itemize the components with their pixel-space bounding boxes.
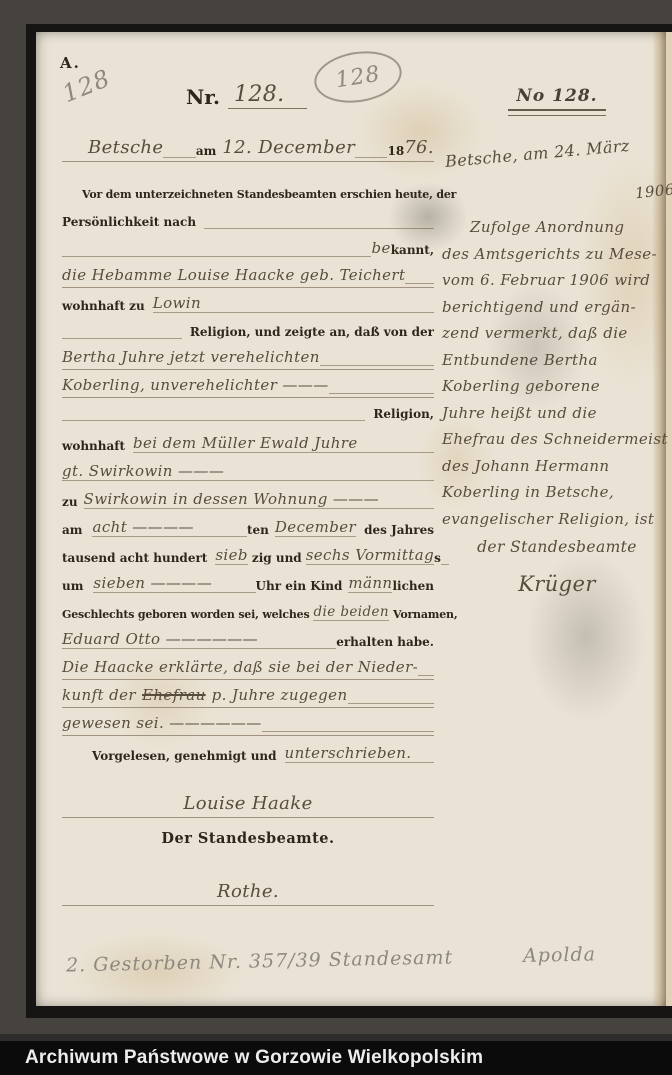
archive-name: Archiwum Państwowe w Gorzowie Wielkopols… <box>0 1047 483 1069</box>
ruled-blank <box>418 675 434 676</box>
form-line: Persönlichkeit nach <box>62 204 434 232</box>
printed-label: wohnhaft <box>62 439 125 453</box>
side-note-line: evangelischer Religion, ist <box>442 506 672 533</box>
register-page: A. 128 Nr. 128. 128 Betscheam12. Decembe… <box>36 32 672 1006</box>
ruled-blank <box>212 592 255 593</box>
entry-mother: Bertha Juhre jetzt verehelichten <box>62 348 320 366</box>
form-line: tausend acht hundertsiebzig undsechs Vor… <box>62 540 434 568</box>
pencil-death-reference: 2. Gestorben Nr. 357/39 Standesamt <box>66 946 454 976</box>
side-note-line: Juhre heißt und die <box>442 400 672 427</box>
form-line: Die Haacke erklärte, daß sie bei der Nie… <box>62 652 434 680</box>
form-line: Betscheam12. December1876. <box>62 128 434 162</box>
side-note-line: vom 6. Februar 1906 wird <box>442 267 672 294</box>
printed-label: Religion, und zeigte an, daß von der <box>190 325 434 339</box>
ruled-blank <box>224 480 434 481</box>
printed-label: Der Standesbeamte. <box>161 830 334 847</box>
side-note-line: berichtigend und ergän- <box>442 294 672 321</box>
viewer-strip <box>0 1034 672 1041</box>
handwritten-entry: gt. Swirkowin ——— <box>62 462 224 481</box>
side-note-place-date: Betsche, am 24. März <box>444 132 672 171</box>
ruled-blank <box>201 312 434 313</box>
side-note-line: des Amtsgerichts zu Mese- <box>442 241 672 268</box>
record-number-label: Nr. <box>186 85 220 109</box>
side-note-line: des Johann Hermann <box>442 453 672 480</box>
ruled-blank <box>62 420 365 421</box>
archive-scan-viewer: A. 128 Nr. 128. 128 Betscheam12. Decembe… <box>0 0 672 1075</box>
printed-label: Geschlechts geboren worden sei, welches <box>62 608 309 621</box>
side-note-number-text: No 128. <box>516 86 597 106</box>
printed-label: am <box>196 144 216 158</box>
printed-label: tausend acht hundert <box>62 551 207 565</box>
side-note-line: zend vermerkt, daß die <box>442 320 672 347</box>
record-number-value: 128. <box>228 82 307 109</box>
form-line: gt. Swirkowin ——— <box>62 456 434 484</box>
form-lines: Betscheam12. December1876.Vor dem unterz… <box>62 128 434 906</box>
printed-label: kannt, <box>391 243 434 257</box>
pencil-oval-number: 128 <box>311 45 406 108</box>
form-line: Rothe. <box>62 870 434 906</box>
ruled-blank <box>320 365 434 366</box>
entry-birth-hour: sieben ———— <box>93 574 212 593</box>
handwritten-entry: gewesen sei. —————— <box>62 714 262 732</box>
printed-label: s <box>434 551 441 565</box>
form-line: Koberling, unverehelichter ——— <box>62 370 434 398</box>
handwritten-entry: kunft der <box>62 686 136 704</box>
entry-bekannt: be <box>371 239 390 257</box>
printed-label: zig und <box>252 551 302 565</box>
form-line: wohnhaftbei dem Müller Ewald Juhre <box>62 428 434 456</box>
side-note-line: Entbundene Bertha <box>442 347 672 374</box>
entry-birth-day: acht ———— <box>92 518 193 537</box>
side-note-line: Zufolge Anordnung <box>442 214 672 241</box>
handwritten-entry: Die Haacke erklärte, daß sie bei der Nie… <box>62 658 418 676</box>
ruled-blank <box>411 762 434 763</box>
side-note-underline <box>508 109 606 116</box>
printed-label: zu <box>62 495 78 509</box>
side-note-lines: Zufolge Anordnungdes Amtsgerichts zu Mes… <box>442 214 672 532</box>
side-note-line: Koberling in Betsche, <box>442 479 672 506</box>
printed-label: um <box>62 579 83 593</box>
form-line: bekannt, <box>62 232 434 260</box>
entry-year: 76. <box>404 137 434 158</box>
printed-label: ten <box>247 523 269 537</box>
entry-day-month: 12. December <box>222 137 355 158</box>
side-note-year: 1906. <box>634 180 672 203</box>
handwritten-entry: unterschrieben. <box>285 744 412 763</box>
ruled-blank <box>358 452 434 453</box>
form-line: kunft derEhefraup. Juhre zugegen <box>62 680 434 708</box>
printed-label: Vornamen, <box>393 608 457 621</box>
archive-bar: Archiwum Państwowe w Gorzowie Wielkopols… <box>0 1041 672 1075</box>
handwritten-entry: männ <box>348 574 392 593</box>
handwritten-entry: die beiden <box>313 604 389 621</box>
record-number: Nr. 128. <box>186 82 307 109</box>
form-line: Religion, <box>62 398 434 424</box>
printed-label: am <box>62 523 82 537</box>
form-line: Bertha Juhre jetzt verehelichten <box>62 342 434 370</box>
signature-declarant: Louise Haake <box>183 793 312 814</box>
side-note-closing: der Standesbeamte <box>442 538 672 556</box>
ruled-blank <box>329 393 434 394</box>
form-line: Der Standesbeamte. <box>62 824 434 850</box>
entry-residence: Lowin <box>153 294 201 313</box>
printed-label: des Jahres <box>364 523 434 537</box>
handwritten-entry: p. Juhre zugegen <box>212 686 348 704</box>
form-line: Eduard Otto ——————erhalten habe. <box>62 624 434 652</box>
printed-label: wohnhaft zu <box>62 299 145 313</box>
form-line: Geschlechts geboren worden sei, welchesd… <box>62 596 434 624</box>
printed-label: Vor dem unterzeichneten Standesbeamten e… <box>82 188 456 201</box>
form-line: amacht ————tenDecemberdes Jahres <box>62 512 434 540</box>
form-letter-a: A. <box>60 54 81 72</box>
form-line: Louise Haake <box>62 780 434 818</box>
signature-krueger: Krüger <box>442 572 672 596</box>
ruled-blank <box>194 536 247 537</box>
entry-declarant: die Hebamme Louise Haacke geb. Teichert <box>62 266 405 284</box>
printed-label: 18 <box>387 144 404 158</box>
printed-label: erhalten habe. <box>336 635 434 649</box>
printed-label: Persönlichkeit nach <box>62 215 196 229</box>
side-note-number: No 128. <box>442 86 672 116</box>
pencil-place-apolda: Apolda <box>523 943 596 967</box>
ruled-blank <box>348 703 434 704</box>
ruled-blank <box>379 508 434 509</box>
handwritten-entry: December <box>275 518 356 537</box>
entry-place: Betsche <box>88 137 163 158</box>
form-line: Religion, und zeigte an, daß von der <box>62 316 434 342</box>
ruled-blank <box>62 256 371 257</box>
entry-father: bei dem Müller Ewald Juhre <box>133 434 358 453</box>
signature-registrar: Rothe. <box>217 881 279 902</box>
printed-label: Vorgelesen, genehmigt und <box>92 749 277 763</box>
ruled-blank <box>62 338 182 339</box>
form-line: gewesen sei. —————— <box>62 708 434 736</box>
form-line: Vor dem unterzeichneten Standesbeamten e… <box>62 180 434 204</box>
pencil-bottom-note: 2. Gestorben Nr. 357/39 Standesamt Apold… <box>66 942 672 977</box>
ruled-blank <box>355 157 387 158</box>
side-note-line: Koberling geborene <box>442 373 672 400</box>
handwritten-entry: sieb <box>215 546 248 565</box>
ruled-blank <box>163 157 195 158</box>
side-note-line: Ehefrau des Schneidermeist <box>442 426 672 453</box>
handwritten-entry: sechs Vormittag <box>306 546 434 565</box>
printed-label: lichen <box>392 579 434 593</box>
form-line: zuSwirkowin in dessen Wohnung ——— <box>62 484 434 512</box>
entry-child-names: Eduard Otto —————— <box>62 630 258 649</box>
printed-label: Religion, <box>373 407 434 421</box>
ruled-blank <box>204 228 434 229</box>
ruled-blank <box>258 648 336 649</box>
ruled-blank <box>405 283 434 284</box>
form-line: die Hebamme Louise Haacke geb. Teichert <box>62 260 434 288</box>
handwritten-entry: Ehefrau <box>142 686 206 704</box>
form-line: wohnhaft zuLowin <box>62 288 434 316</box>
form-line: umsieben ————Uhr ein Kindmännlichen <box>62 568 434 596</box>
entry-birth-place: Swirkowin in dessen Wohnung ——— <box>84 490 380 509</box>
printed-label: Uhr ein Kind <box>256 579 343 593</box>
ruled-blank <box>262 731 434 732</box>
ruled-blank <box>441 564 449 565</box>
handwritten-entry: Koberling, unverehelichter ——— <box>62 376 329 394</box>
form-line: Vorgelesen, genehmigt undunterschrieben. <box>62 738 434 766</box>
